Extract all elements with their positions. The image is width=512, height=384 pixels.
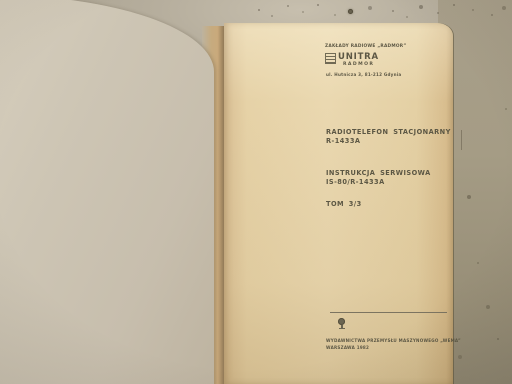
document-subtitle-line2: IS-80/R-1433A — [326, 178, 385, 186]
publisher-company-line: ZAKŁADY RADIOWE „RADMOR” — [325, 44, 406, 49]
book-photo: ZAKŁADY RADIOWE „RADMOR” UNITRA RADMOR u… — [0, 0, 512, 384]
footer-rule — [330, 312, 447, 313]
stain-spot — [348, 9, 353, 14]
scratch-mark — [461, 130, 462, 150]
document-title-line1: RADIOTELEFON STACJONARNY — [326, 128, 451, 136]
footer-publisher-line: WYDAWNICTWA PRZEMYSŁU MASZYNOWEGO „WEMA” — [326, 338, 461, 343]
emblem-base — [339, 328, 345, 329]
brand-text-block: UNITRA RADMOR — [338, 53, 379, 67]
unitra-brand-block: UNITRA RADMOR — [325, 53, 379, 67]
document-title-line2: R-1433A — [326, 137, 360, 145]
left-page — [0, 0, 214, 384]
wema-emblem-icon — [337, 318, 347, 330]
unitra-logo-icon — [325, 53, 336, 64]
title-page: ZAKŁADY RADIOWE „RADMOR” UNITRA RADMOR u… — [224, 23, 453, 384]
volume-label: TOM 3/3 — [326, 200, 362, 208]
footer-place-year: WARSZAWA 1982 — [326, 345, 369, 350]
brand-name: UNITRA — [338, 53, 379, 61]
document-subtitle-line1: INSTRUKCJA SERWISOWA — [326, 169, 431, 177]
emblem-orb — [338, 318, 345, 325]
brand-subname: RADMOR — [343, 62, 379, 67]
publisher-address-line: ul. Hutnicza 3, 81-212 Gdynia — [326, 72, 401, 77]
